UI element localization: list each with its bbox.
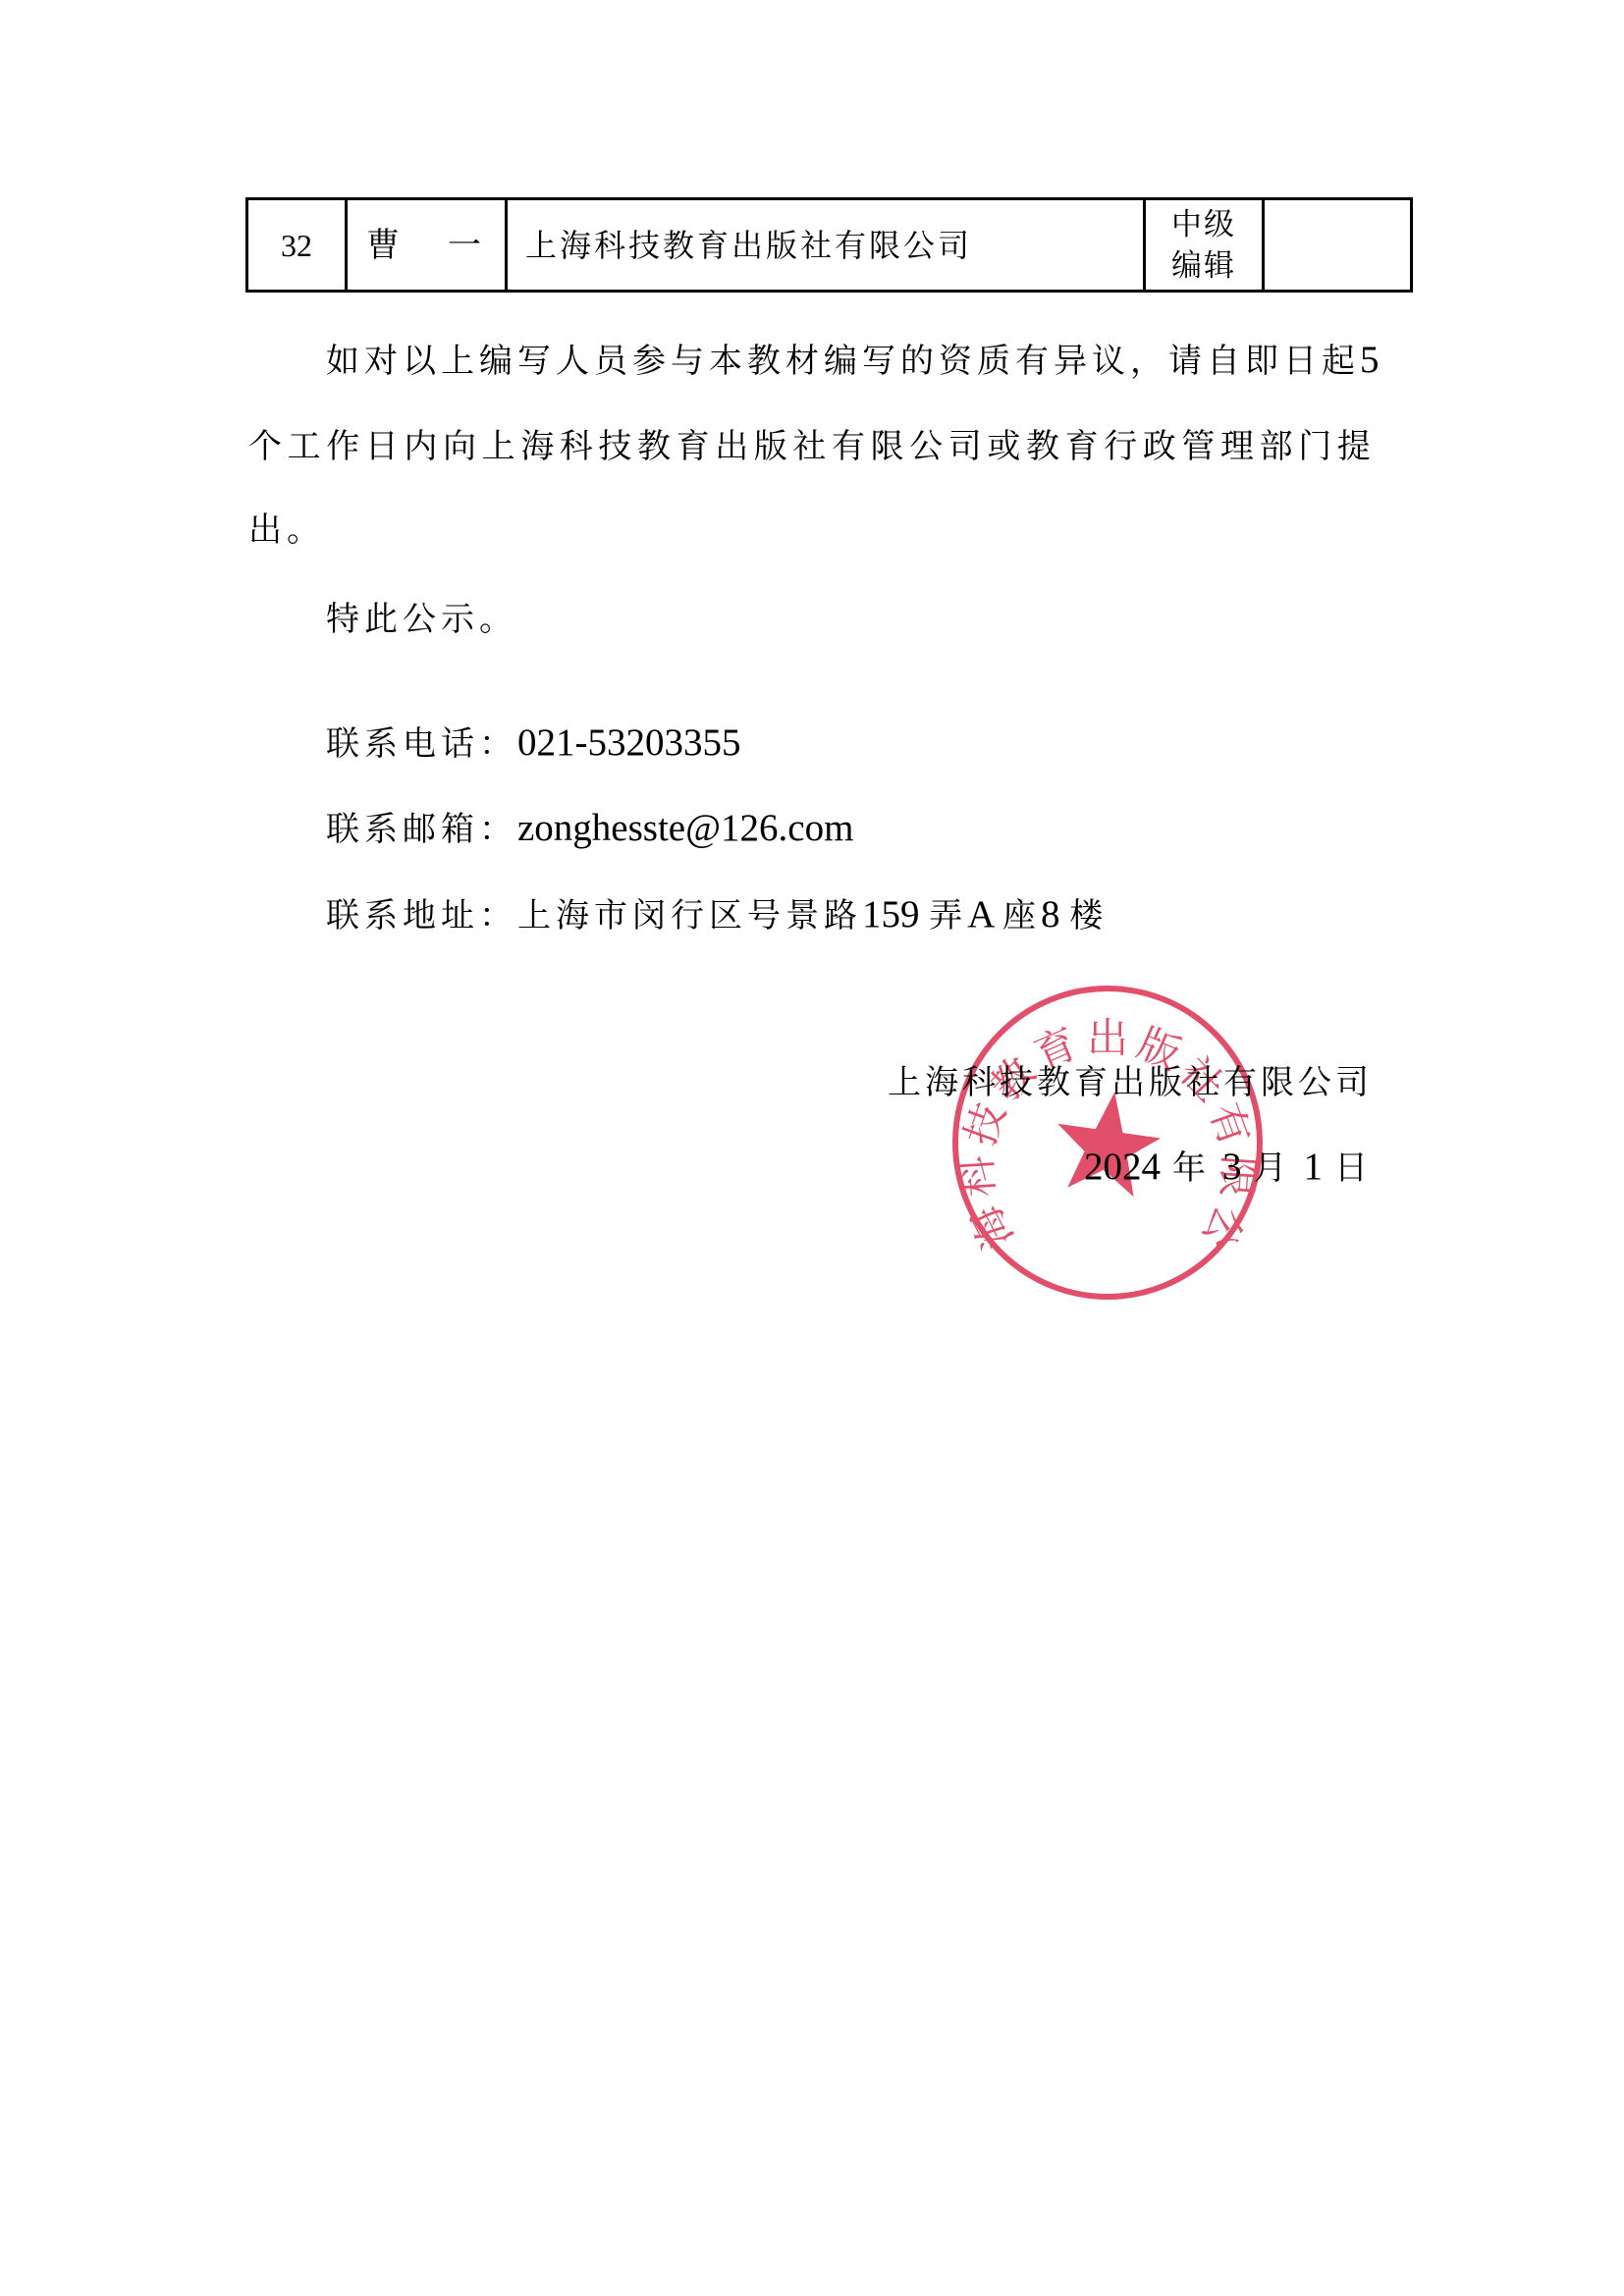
- date-month-unit: 月: [1254, 1148, 1292, 1188]
- signature-company: 上海科技教育出版社有限公司: [888, 1058, 1373, 1106]
- paragraph-text: 出。: [248, 510, 325, 550]
- seal-arc-text: 上海科技教育出版社有限公司: [948, 984, 1263, 1256]
- address-lane-number: 159: [862, 893, 920, 935]
- unit-cell: 上海科技教育出版社有限公司: [507, 199, 1145, 292]
- address-lane-unit: 弄: [929, 896, 967, 935]
- seal-ring: [955, 988, 1260, 1297]
- name-cell: 曹一: [347, 199, 507, 292]
- note-cell: [1264, 199, 1412, 292]
- contact-address: 联系地址：上海市闵行区号景路159 弄A 座8 楼: [326, 891, 1108, 939]
- title-line-2: 编辑: [1146, 245, 1262, 287]
- paragraph-text: 如对以上编写人员参与本教材编写的资质有异议，请自即日起: [326, 342, 1360, 381]
- date-day-unit: 日: [1334, 1148, 1373, 1188]
- closing-statement: 特此公示。: [326, 595, 517, 643]
- address-floor-unit: 楼: [1069, 896, 1108, 935]
- contact-email: 联系邮箱：zonghesste@126.com: [326, 805, 853, 853]
- objection-paragraph-line-1: 如对以上编写人员参与本教材编写的资质有异议，请自即日起5: [326, 337, 1378, 385]
- table-row: 32 曹一 上海科技教育出版社有限公司 中级编辑: [247, 199, 1412, 292]
- signature-date: 2024年3月1日: [1084, 1144, 1373, 1192]
- objection-paragraph-line-2: 个工作日内向上海科技教育出版社有限公司或教育行政管理部门提: [248, 422, 1378, 470]
- name-given: 一: [448, 226, 486, 265]
- date-month: 3: [1222, 1146, 1242, 1188]
- official-seal: 上海科技教育出版社有限公司: [948, 984, 1267, 1302]
- date-day: 1: [1304, 1146, 1324, 1188]
- phone-label: 联系电话：: [326, 724, 517, 764]
- address-block: A: [967, 893, 993, 935]
- address-street: 上海市闵行区号景路: [517, 896, 862, 935]
- paragraph-days: 5: [1360, 339, 1380, 381]
- date-year: 2024: [1084, 1146, 1161, 1188]
- date-year-unit: 年: [1172, 1148, 1211, 1188]
- company-name: 上海科技教育出版社有限公司: [888, 1063, 1373, 1102]
- paragraph-text: 个工作日内向上海科技教育出版社有限公司或教育行政管理部门提: [248, 427, 1376, 466]
- address-floor: 8: [1041, 893, 1060, 935]
- name-surname: 曹: [366, 226, 405, 265]
- objection-paragraph-line-3: 出。: [248, 506, 325, 554]
- title-cell: 中级编辑: [1145, 199, 1264, 292]
- row-number: 32: [281, 228, 312, 263]
- address-label: 联系地址：: [326, 896, 517, 935]
- document-page: 32 曹一 上海科技教育出版社有限公司 中级编辑 如对以上编写人员参与本教材编写…: [0, 0, 1624, 2296]
- title-line-1: 中级: [1146, 204, 1262, 245]
- closing-text: 特此公示。: [326, 600, 517, 639]
- editor-roster-table: 32 曹一 上海科技教育出版社有限公司 中级编辑: [245, 197, 1413, 293]
- row-number-cell: 32: [247, 199, 347, 292]
- unit-name: 上海科技教育出版社有限公司: [525, 227, 972, 264]
- email-label: 联系邮箱：: [326, 810, 517, 849]
- address-block-unit: 座: [1002, 896, 1041, 935]
- seal-text: 上海科技教育出版社有限公司: [948, 984, 1263, 1256]
- contact-phone: 联系电话：021-53203355: [326, 720, 741, 768]
- phone-value: 021-53203355: [517, 721, 741, 764]
- email-value: zonghesste@126.com: [517, 807, 853, 849]
